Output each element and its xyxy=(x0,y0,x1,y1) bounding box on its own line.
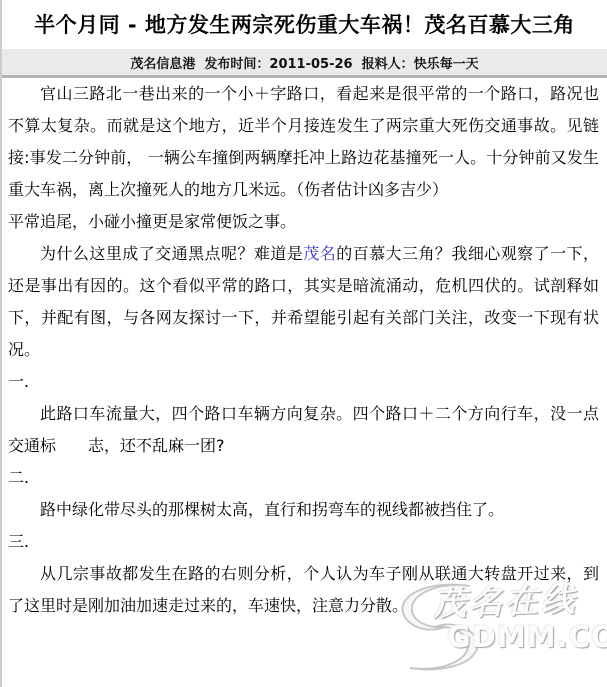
paragraph-reason-1: 此路口车流量大，四个路口车辆方向复杂。四个路口＋二个方向行车，没一点交通标 志，… xyxy=(8,398,599,462)
maoming-link[interactable]: 茂名 xyxy=(303,244,336,263)
section-heading-1: 一. xyxy=(8,366,599,398)
page: 半个月同 - 地方发生两宗死伤重大车祸！茂名百慕大三角 茂名信息港 发布时间：2… xyxy=(0,0,607,687)
meta-reporter: 报料人：快乐每一天 xyxy=(362,53,479,72)
meta-source: 茂名信息港 xyxy=(130,53,195,72)
watermark-site-domain: GDMM.COM xyxy=(447,620,607,654)
section-heading-2: 二. xyxy=(8,462,599,494)
paragraph-why: 为什么这里成了交通黑点呢？难道是茂名的百慕大三角？我细心观察了一下，还是事出有因… xyxy=(8,238,599,366)
paragraph-reason-2: 路中绿化带尽头的那棵树太高，直行和拐弯车的视线都被挡住了。 xyxy=(8,494,599,526)
paragraph-why-text-before: 为什么这里成了交通黑点呢？难道是 xyxy=(40,244,303,263)
section-heading-3: 三. xyxy=(8,526,599,558)
article-body: 官山三路北一巷出来的一个小＋字路口，看起来是很平常的一个路口，路况也不算太复杂。… xyxy=(2,78,607,622)
paragraph-intro: 官山三路北一巷出来的一个小＋字路口，看起来是很平常的一个路口，路况也不算太复杂。… xyxy=(8,78,599,206)
meta-bar: 茂名信息港 发布时间：2011-05-26 报料人：快乐每一天 xyxy=(2,49,607,75)
article-title: 半个月同 - 地方发生两宗死伤重大车祸！茂名百慕大三角 xyxy=(2,0,607,39)
meta-publish-time: 发布时间：2011-05-26 xyxy=(204,53,352,72)
paragraph-rearend: 平常追尾，小碰小撞更是家常便饭之事。 xyxy=(8,206,599,238)
paragraph-reason-3: 从几宗事故都发生在路的右则分析，个人认为车子刚从联通大转盘开过来，到了这里时是刚… xyxy=(8,558,599,622)
